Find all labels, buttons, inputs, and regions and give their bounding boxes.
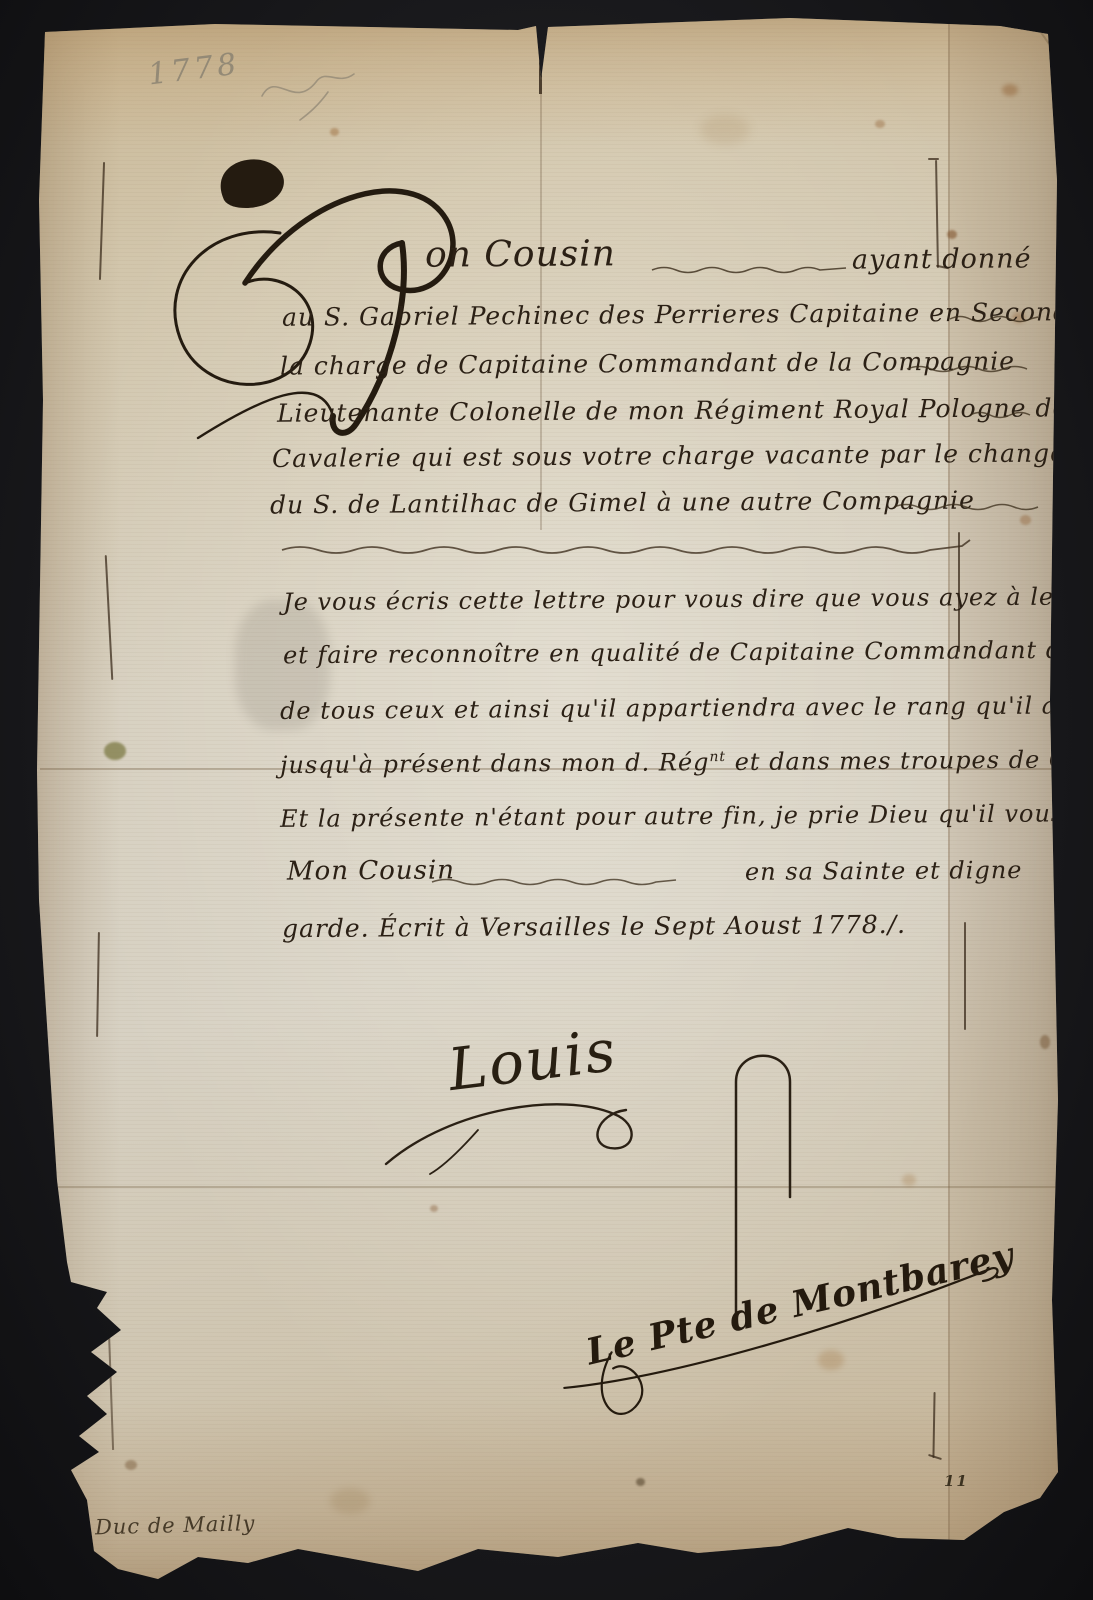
- body-line-part: jusqu'à présent dans mon d. Rég: [280, 748, 710, 779]
- flourish-dash: [905, 362, 1035, 374]
- photo-backdrop: 1778 on Cousin ayant donné au S. Gabriel…: [0, 0, 1093, 1600]
- page-number: 11: [944, 1472, 969, 1490]
- salutation: on Cousin: [425, 233, 616, 275]
- body-line-main: et faire reconnoître en qualité de Capit…: [283, 635, 1093, 670]
- body-line: de tous ceux et ainsi qu'il appartiendra…: [280, 691, 1093, 725]
- document-paper: 1778 on Cousin ayant donné au S. Gabriel…: [0, 0, 1093, 1600]
- flourish-dash: [892, 500, 1042, 512]
- body-line: et faire reconnoître en qualité de Capit…: [283, 635, 1093, 670]
- margin-mark-hook: [928, 158, 939, 160]
- body-line: Cavalerie qui est sous votre charge vaca…: [272, 438, 1093, 473]
- body-line-part: et dans mes troupes de Cavalerie: [726, 745, 1093, 776]
- superscript: nt: [709, 749, 726, 765]
- flourish-dash: [968, 408, 1040, 420]
- body-line: du S. de Lantilhac de Gimel à une autre …: [270, 486, 975, 520]
- salutation-end: ayant donné: [852, 243, 1032, 275]
- body-line: Je vous écris cette lettre pour vous dir…: [283, 582, 1093, 616]
- divider-flourish: [278, 538, 978, 558]
- flourish-dash: [650, 262, 850, 276]
- body-line: en sa Sainte et digne: [745, 856, 1023, 886]
- margin-mark: [964, 922, 966, 1030]
- flourish-dash: [430, 874, 680, 888]
- body-line: jusqu'à présent dans mon d. Régnt et dan…: [280, 745, 1093, 779]
- pencil-scribble: [258, 62, 368, 122]
- flourish-dash: [948, 312, 1040, 324]
- signature-swash: [382, 1082, 662, 1177]
- body-line: Lieutenante Colonelle de mon Régiment Ro…: [277, 393, 1068, 428]
- body-line: garde. Écrit à Versailles le Sept Aoust …: [282, 910, 906, 943]
- body-line: Et la présente n'étant pour autre fin, j…: [280, 799, 1093, 833]
